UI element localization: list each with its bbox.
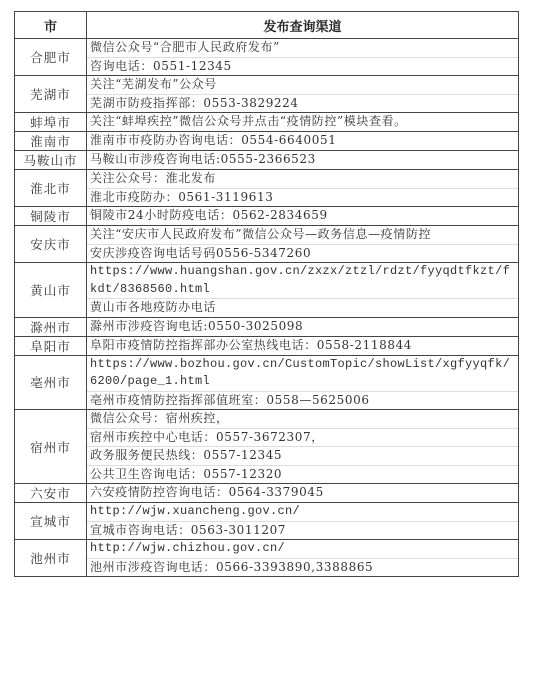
city-cell: 淮南市: [15, 132, 87, 151]
table-row: 安庆市 关注“安庆市人民政府发布”微信公众号—政务信息—疫情防控 安庆涉疫咨询电…: [15, 226, 519, 263]
channel-line: 公共卫生咨询电话：0557-12320: [87, 466, 518, 484]
website-link[interactable]: http://wjw.chizhou.gov.cn/: [87, 540, 518, 559]
city-cell: 宿州市: [15, 410, 87, 484]
city-cell: 芜湖市: [15, 76, 87, 113]
header-city: 市: [15, 12, 87, 39]
table-row: 蚌埠市 关注“蚌埠疾控”微信公众号并点击“疫情防控”模块查看。: [15, 113, 519, 132]
channel-line: 微信公众号“合肥市人民政府发布”: [87, 39, 518, 58]
table-row: 宣城市 http://wjw.xuancheng.gov.cn/ 宣城市咨询电话…: [15, 503, 519, 540]
table-row: 阜阳市 阜阳市疫情防控指挥部办公室热线电话：0558-2118844: [15, 336, 519, 355]
table-row: 合肥市 微信公众号“合肥市人民政府发布” 咨询电话：0551-12345: [15, 39, 519, 76]
channel-line: 黄山市各地疫防办电话: [87, 299, 518, 317]
city-cell: 六安市: [15, 484, 87, 503]
channel-cell: 铜陵市24小时防疫电话：0562-2834659: [87, 207, 519, 226]
header-channels: 发布查询渠道: [87, 12, 519, 39]
channel-line: 宿州市疾控中心电话：0557-3672307，: [87, 429, 518, 448]
city-cell: 滁州市: [15, 317, 87, 336]
channel-cell: 滁州市涉疫咨询电话:0550-3025098: [87, 317, 519, 336]
channel-line: 微信公众号：宿州疾控，: [87, 410, 518, 429]
table-row: 黄山市 https://www.huangshan.gov.cn/zxzx/zt…: [15, 263, 519, 318]
channel-line: 铜陵市24小时防疫电话：0562-2834659: [87, 207, 518, 225]
table-row: 淮南市 淮南市市疫防办咨询电话：0554-6640051: [15, 132, 519, 151]
header-row: 市 发布查询渠道: [15, 12, 519, 39]
channel-cell: 关注“安庆市人民政府发布”微信公众号—政务信息—疫情防控 安庆涉疫咨询电话号码0…: [87, 226, 519, 263]
website-link[interactable]: https://www.bozhou.gov.cn/CustomTopic/sh…: [87, 356, 518, 392]
table-row: 池州市 http://wjw.chizhou.gov.cn/ 池州市涉疫咨询电话…: [15, 540, 519, 577]
channel-cell: http://wjw.xuancheng.gov.cn/ 宣城市咨询电话：056…: [87, 503, 519, 540]
channels-table: 市 发布查询渠道 合肥市 微信公众号“合肥市人民政府发布” 咨询电话：0551-…: [14, 11, 519, 577]
channel-line: 关注“芜湖发布”公众号: [87, 76, 518, 95]
channel-cell: 微信公众号：宿州疾控， 宿州市疾控中心电话：0557-3672307， 政务服务…: [87, 410, 519, 484]
channel-cell: 微信公众号“合肥市人民政府发布” 咨询电话：0551-12345: [87, 39, 519, 76]
channel-cell: http://wjw.chizhou.gov.cn/ 池州市涉疫咨询电话：056…: [87, 540, 519, 577]
channel-cell: https://www.huangshan.gov.cn/zxzx/ztzl/r…: [87, 263, 519, 318]
table-row: 六安市 六安疫情防控咨询电话：0564-3379045: [15, 484, 519, 503]
channel-line: 池州市涉疫咨询电话：0566-3393890,3388865: [87, 559, 518, 577]
city-cell: 铜陵市: [15, 207, 87, 226]
channel-cell: 关注“芜湖发布”公众号 芜湖市防疫指挥部：0553-3829224: [87, 76, 519, 113]
city-cell: 马鞍山市: [15, 151, 87, 170]
city-cell: 池州市: [15, 540, 87, 577]
table-row: 芜湖市 关注“芜湖发布”公众号 芜湖市防疫指挥部：0553-3829224: [15, 76, 519, 113]
channel-cell: 阜阳市疫情防控指挥部办公室热线电话：0558-2118844: [87, 336, 519, 355]
website-link[interactable]: http://wjw.xuancheng.gov.cn/: [87, 503, 518, 522]
channel-line: 关注“安庆市人民政府发布”微信公众号—政务信息—疫情防控: [87, 226, 518, 245]
channel-line: 淮南市市疫防办咨询电话：0554-6640051: [87, 132, 518, 150]
channel-line: 关注公众号：淮北发布: [87, 170, 518, 189]
channel-line: 政务服务便民热线：0557-12345: [87, 447, 518, 466]
city-cell: 亳州市: [15, 355, 87, 410]
channel-cell: 淮南市市疫防办咨询电话：0554-6640051: [87, 132, 519, 151]
channel-line: 滁州市涉疫咨询电话:0550-3025098: [87, 318, 518, 336]
channel-line: 安庆涉疫咨询电话号码0556-5347260: [87, 245, 518, 263]
channel-line: 宣城市咨询电话：0563-3011207: [87, 522, 518, 540]
city-cell: 阜阳市: [15, 336, 87, 355]
table-row: 淮北市 关注公众号：淮北发布 淮北市疫防办：0561-3119613: [15, 170, 519, 207]
table-row: 马鞍山市 马鞍山市涉疫咨询电话:0555-2366523: [15, 151, 519, 170]
channel-cell: 马鞍山市涉疫咨询电话:0555-2366523: [87, 151, 519, 170]
channel-line: 亳州市疫情防控指挥部值班室：0558—5625006: [87, 392, 518, 410]
channel-line: 淮北市疫防办：0561-3119613: [87, 189, 518, 207]
city-cell: 黄山市: [15, 263, 87, 318]
channel-line: 六安疫情防控咨询电话：0564-3379045: [87, 484, 518, 502]
channel-cell: 关注“蚌埠疾控”微信公众号并点击“疫情防控”模块查看。: [87, 113, 519, 132]
channel-line: 阜阳市疫情防控指挥部办公室热线电话：0558-2118844: [87, 337, 518, 355]
table-row: 滁州市 滁州市涉疫咨询电话:0550-3025098: [15, 317, 519, 336]
website-link[interactable]: https://www.huangshan.gov.cn/zxzx/ztzl/r…: [87, 263, 518, 299]
channel-line: 咨询电话：0551-12345: [87, 58, 518, 76]
channel-cell: https://www.bozhou.gov.cn/CustomTopic/sh…: [87, 355, 519, 410]
channel-cell: 六安疫情防控咨询电话：0564-3379045: [87, 484, 519, 503]
table-row: 宿州市 微信公众号：宿州疾控， 宿州市疾控中心电话：0557-3672307， …: [15, 410, 519, 484]
table-row: 亳州市 https://www.bozhou.gov.cn/CustomTopi…: [15, 355, 519, 410]
city-cell: 蚌埠市: [15, 113, 87, 132]
city-cell: 淮北市: [15, 170, 87, 207]
channel-line: 马鞍山市涉疫咨询电话:0555-2366523: [87, 151, 518, 169]
city-cell: 安庆市: [15, 226, 87, 263]
city-cell: 宣城市: [15, 503, 87, 540]
channel-line: 关注“蚌埠疾控”微信公众号并点击“疫情防控”模块查看。: [87, 113, 518, 131]
channel-line: 芜湖市防疫指挥部：0553-3829224: [87, 95, 518, 113]
channel-cell: 关注公众号：淮北发布 淮北市疫防办：0561-3119613: [87, 170, 519, 207]
city-cell: 合肥市: [15, 39, 87, 76]
table-row: 铜陵市 铜陵市24小时防疫电话：0562-2834659: [15, 207, 519, 226]
